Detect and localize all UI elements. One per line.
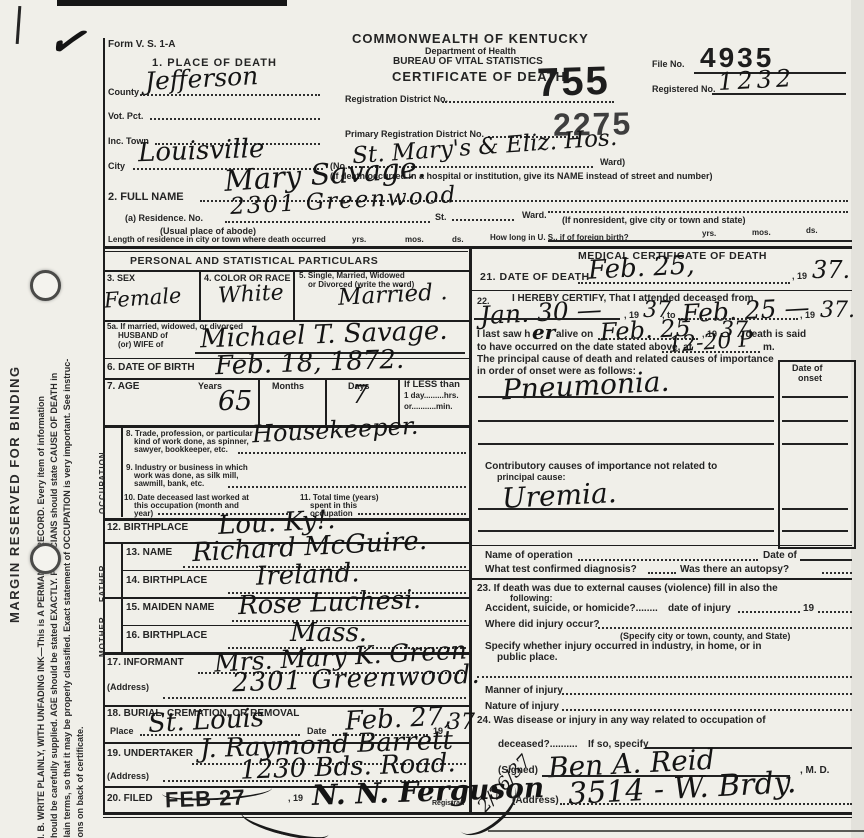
commonwealth-title: COMMONWEALTH OF KENTUCKY bbox=[352, 32, 589, 46]
scan-bottom-line bbox=[488, 830, 864, 832]
sex-label: 3. SEX bbox=[107, 274, 135, 283]
length-residence-label: Length of residence in city or town wher… bbox=[108, 236, 326, 244]
divider bbox=[472, 545, 852, 546]
mother-maiden-value: Rose Luchesi. bbox=[238, 587, 422, 619]
mos2-label: mos. bbox=[752, 229, 771, 237]
dod-year-prefix: , 19 bbox=[792, 272, 807, 281]
md-label: , M. D. bbox=[800, 766, 829, 777]
divider bbox=[121, 428, 123, 517]
divider bbox=[293, 270, 295, 320]
margin-note-line4: tions on back of certificate. bbox=[75, 726, 85, 838]
divider bbox=[782, 443, 848, 445]
divider bbox=[478, 420, 774, 422]
divider bbox=[738, 611, 800, 613]
form-number: Form V. S. 1-A bbox=[108, 40, 175, 51]
divider bbox=[358, 513, 466, 515]
divider bbox=[472, 290, 852, 291]
mother-vertical-label: MOTHER bbox=[98, 616, 107, 657]
filed-label: 20. FILED bbox=[107, 794, 153, 805]
divider bbox=[782, 396, 848, 398]
divider bbox=[140, 94, 320, 96]
injury-year-label: 19 bbox=[803, 604, 814, 615]
ds2-label: ds. bbox=[806, 227, 818, 235]
test-diagnosis-label: What test confirmed diagnosis? bbox=[485, 565, 637, 576]
industry-label-line3: sawmill, bank, etc. bbox=[134, 480, 204, 488]
divider bbox=[228, 486, 466, 488]
divider bbox=[258, 378, 260, 425]
margin-note-line3: plain terms, so that it may be properly … bbox=[62, 359, 72, 838]
informant-label: 17. INFORMANT bbox=[107, 658, 184, 669]
divider bbox=[103, 246, 852, 249]
divider bbox=[477, 676, 852, 678]
date-of-birth-label: 6. DATE OF BIRTH bbox=[107, 363, 195, 374]
to-year-prefix: , 19 bbox=[800, 311, 815, 320]
checkmark-mark: ✓ bbox=[44, 17, 88, 67]
divider bbox=[150, 118, 320, 120]
county-label: County bbox=[108, 88, 139, 97]
registered-no-value: 1232 bbox=[717, 66, 795, 94]
divider bbox=[800, 559, 852, 561]
age-label: 7. AGE bbox=[107, 382, 139, 393]
yrs2-label: yrs. bbox=[702, 230, 716, 238]
residence-ward-label: Ward. bbox=[522, 211, 547, 220]
hole-punch bbox=[30, 270, 61, 301]
margin-note-line1: N. B. WRITE PLAINLY, WITH UNFADING INK—T… bbox=[36, 396, 46, 838]
if-less-label-line3: or...........min. bbox=[404, 403, 452, 411]
divider bbox=[548, 240, 852, 242]
nonresident-note: (If nonresident, give city or town and s… bbox=[562, 216, 746, 225]
divider bbox=[662, 351, 760, 353]
pen-scribble bbox=[162, 779, 273, 803]
mother-maiden-label: 15. MAIDEN NAME bbox=[126, 603, 214, 614]
operation-label: Name of operation bbox=[485, 551, 573, 562]
marital-value: Married . bbox=[337, 281, 448, 310]
divider bbox=[782, 420, 848, 422]
margin-note-line2: should be carefully supplied. AGE should… bbox=[49, 373, 59, 838]
divider bbox=[472, 578, 852, 580]
divider bbox=[562, 693, 852, 695]
registrar-label: Registrar. bbox=[432, 800, 464, 807]
dod-year-value: 37. bbox=[812, 258, 850, 282]
scan-edge-artifact bbox=[57, 0, 287, 6]
city-label: City bbox=[108, 162, 125, 171]
divider bbox=[782, 508, 848, 510]
ds-label: ds. bbox=[452, 236, 464, 244]
birthplace-label: 12. BIRTHPLACE bbox=[107, 523, 188, 534]
divider bbox=[598, 627, 852, 629]
to-year-value: 37. bbox=[820, 300, 855, 322]
undertaker-address-label: (Address) bbox=[107, 772, 149, 781]
bureau-subtitle: BUREAU OF VITAL STATISTICS bbox=[393, 57, 543, 68]
street-label: St. bbox=[435, 213, 447, 222]
scan-mark bbox=[16, 6, 22, 44]
mother-birthplace-label: 16. BIRTHPLACE bbox=[126, 631, 207, 642]
registration-district-label: Registration District No. bbox=[345, 95, 448, 104]
onset-label-line2: onset bbox=[798, 374, 822, 383]
her-handwritten: er bbox=[532, 322, 555, 342]
divider bbox=[712, 93, 846, 95]
sex-value: Female bbox=[103, 285, 182, 311]
district-number-stamp: 755 bbox=[536, 59, 610, 107]
divider bbox=[478, 508, 774, 510]
yrs-label: yrs. bbox=[352, 236, 366, 244]
divider bbox=[238, 452, 466, 454]
date-of-death-value: Feb. 25, bbox=[587, 252, 695, 284]
date-of-death-label: 21. DATE OF DEATH bbox=[480, 272, 590, 283]
divider bbox=[548, 211, 848, 213]
divider bbox=[560, 803, 852, 805]
age-years-value: 65 bbox=[218, 388, 252, 415]
divider bbox=[648, 572, 676, 574]
age-days-value: 7 bbox=[352, 382, 368, 407]
informant-address-value: 2301 Greenwood. bbox=[232, 662, 481, 697]
principal-cause-label-line1: The principal cause of death and related… bbox=[477, 355, 774, 366]
autopsy-label: Was there an autopsy? bbox=[680, 565, 789, 576]
occupation-vertical-label: OCCUPATION bbox=[98, 451, 107, 514]
date-of-birth-value: Feb. 18, 1872. bbox=[215, 347, 405, 380]
father-birthplace-value: Ireland. bbox=[256, 560, 360, 590]
registered-no-label: Registered No. bbox=[652, 85, 716, 94]
alive-on-label: alive on bbox=[556, 330, 593, 341]
operation-date-label: Date of bbox=[763, 551, 797, 562]
divider bbox=[782, 530, 848, 532]
residence-label: (a) Residence. No. bbox=[125, 214, 203, 223]
file-no-label: File No. bbox=[652, 60, 685, 69]
divider bbox=[578, 559, 758, 561]
accident-label: Accident, suicide, or homicide?........ bbox=[485, 604, 658, 615]
divider bbox=[578, 282, 790, 284]
occupation-related-label-line2: deceased?.......... bbox=[498, 740, 577, 751]
personal-section-title: PERSONAL AND STATISTICAL PARTICULARS bbox=[130, 256, 378, 267]
divider bbox=[199, 270, 201, 320]
divider bbox=[103, 270, 469, 272]
divider bbox=[562, 709, 852, 711]
ward-label: Ward) bbox=[600, 158, 625, 167]
principal-cause-value: Pneumonia. bbox=[501, 368, 670, 405]
if-less-label-line2: 1 day.........hrs. bbox=[404, 392, 459, 400]
death-certificate-scan: ✓ MARGIN RESERVED FOR BINDING N. B. WRIT… bbox=[0, 0, 864, 838]
divider bbox=[818, 611, 852, 613]
if-less-label-line1: If LESS than bbox=[404, 380, 460, 390]
divider bbox=[442, 101, 614, 103]
county-value: Jefferson bbox=[144, 63, 258, 94]
trade-label-line3: sawyer, bookkeeper, etc. bbox=[134, 446, 228, 454]
filed-year-prefix: , 19 bbox=[288, 794, 303, 803]
burial-place-label: Place bbox=[110, 727, 134, 736]
occupation-related-label-line1: 24. Was disease or injury in any way rel… bbox=[477, 716, 766, 727]
full-name-label: 2. FULL NAME bbox=[108, 192, 184, 204]
father-birthplace-label: 14. BIRTHPLACE bbox=[126, 576, 207, 587]
divider bbox=[163, 697, 466, 699]
divider bbox=[478, 530, 774, 532]
specify-where-label-line1: Specify whether injury occurred in indus… bbox=[485, 642, 762, 653]
last-saw-label: I last saw h bbox=[477, 330, 530, 341]
divider bbox=[225, 221, 430, 223]
father-name-label: 13. NAME bbox=[126, 548, 172, 559]
date-injury-label: date of injury bbox=[668, 604, 731, 615]
undertaker-label: 19. UNDERTAKER bbox=[107, 749, 193, 760]
where-injury-label: Where did injury occur? bbox=[485, 620, 599, 631]
voting-precinct-label: Vot. Pct. bbox=[108, 112, 143, 121]
divider bbox=[478, 443, 774, 445]
hole-punch bbox=[30, 543, 61, 574]
informant-address-label: (Address) bbox=[107, 683, 149, 692]
occurred-label: to have occurred on the date stated abov… bbox=[477, 343, 692, 354]
mos-label: mos. bbox=[405, 236, 424, 244]
contributory-label-line1: Contributory causes of importance not re… bbox=[485, 462, 717, 473]
binding-margin-label: MARGIN RESERVED FOR BINDING bbox=[7, 365, 22, 623]
husband-label-line3: (or) WIFE of bbox=[118, 341, 163, 349]
m-label: m. bbox=[763, 343, 775, 354]
nature-injury-label: Nature of injury bbox=[485, 702, 559, 713]
physician-address-label: (Address) bbox=[512, 796, 559, 807]
months-label: Months bbox=[272, 382, 304, 391]
manner-injury-label: Manner of injury bbox=[485, 686, 563, 697]
divider bbox=[822, 572, 852, 574]
divider bbox=[452, 219, 514, 221]
divider bbox=[103, 251, 468, 252]
color-race-value: White bbox=[217, 282, 284, 307]
trade-value: Housekeeper. bbox=[251, 414, 418, 447]
date-of-onset-box bbox=[778, 360, 856, 549]
divider bbox=[478, 396, 774, 398]
specify-where-label-line2: public place. bbox=[497, 653, 558, 664]
